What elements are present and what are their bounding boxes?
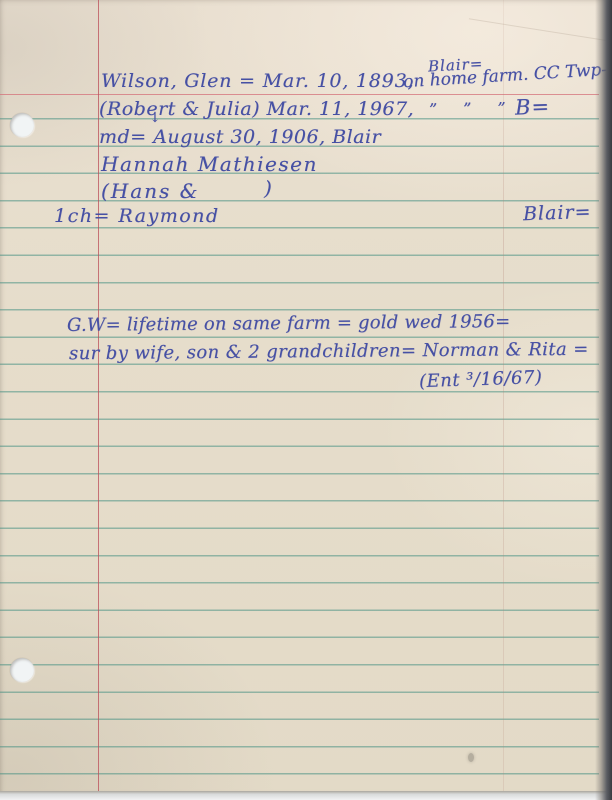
punch-hole-top (10, 113, 34, 137)
punch-hole-bottom (10, 658, 34, 682)
paper-crease-vertical (503, 0, 504, 793)
parents-and-deathdate-line: (Robert & Julia) Mar. 11, 1967, (99, 99, 414, 120)
name-and-birthdate-line: Wilson, Glen = Mar. 10, 1893, (101, 71, 414, 92)
spouse-parents-close: ) (264, 177, 272, 199)
entered-date-line: (Ent ³/16/67) (419, 368, 543, 392)
obituary-note-line-2: sur by wife, son & 2 grandchildren= Norm… (69, 340, 589, 364)
child-residence: Blair= (523, 202, 592, 225)
buried-abbreviation: B= (515, 95, 551, 119)
scanned-page: Blair= Wilson, Glen = Mar. 10, 1893, on … (0, 0, 612, 800)
scan-edge-right (595, 0, 612, 800)
marriage-date-line: md= August 30, 1906, Blair (99, 127, 381, 148)
obituary-note-line-1: G.W= lifetime on same farm = gold wed 19… (67, 312, 510, 336)
ink-smudge (468, 753, 474, 762)
insert-mark-icon: ↓ (149, 111, 161, 126)
spouse-name-line: Hannah Mathiesen (101, 153, 318, 175)
notebook-paper: Blair= Wilson, Glen = Mar. 10, 1893, on … (0, 0, 612, 793)
paper-crease-diagonal (469, 18, 612, 42)
header-rule-red (0, 94, 599, 96)
scan-edge-bottom (0, 791, 612, 800)
spouse-parents-open: (Hans & (101, 180, 199, 202)
children-line: 1ch= Raymond (54, 206, 220, 227)
